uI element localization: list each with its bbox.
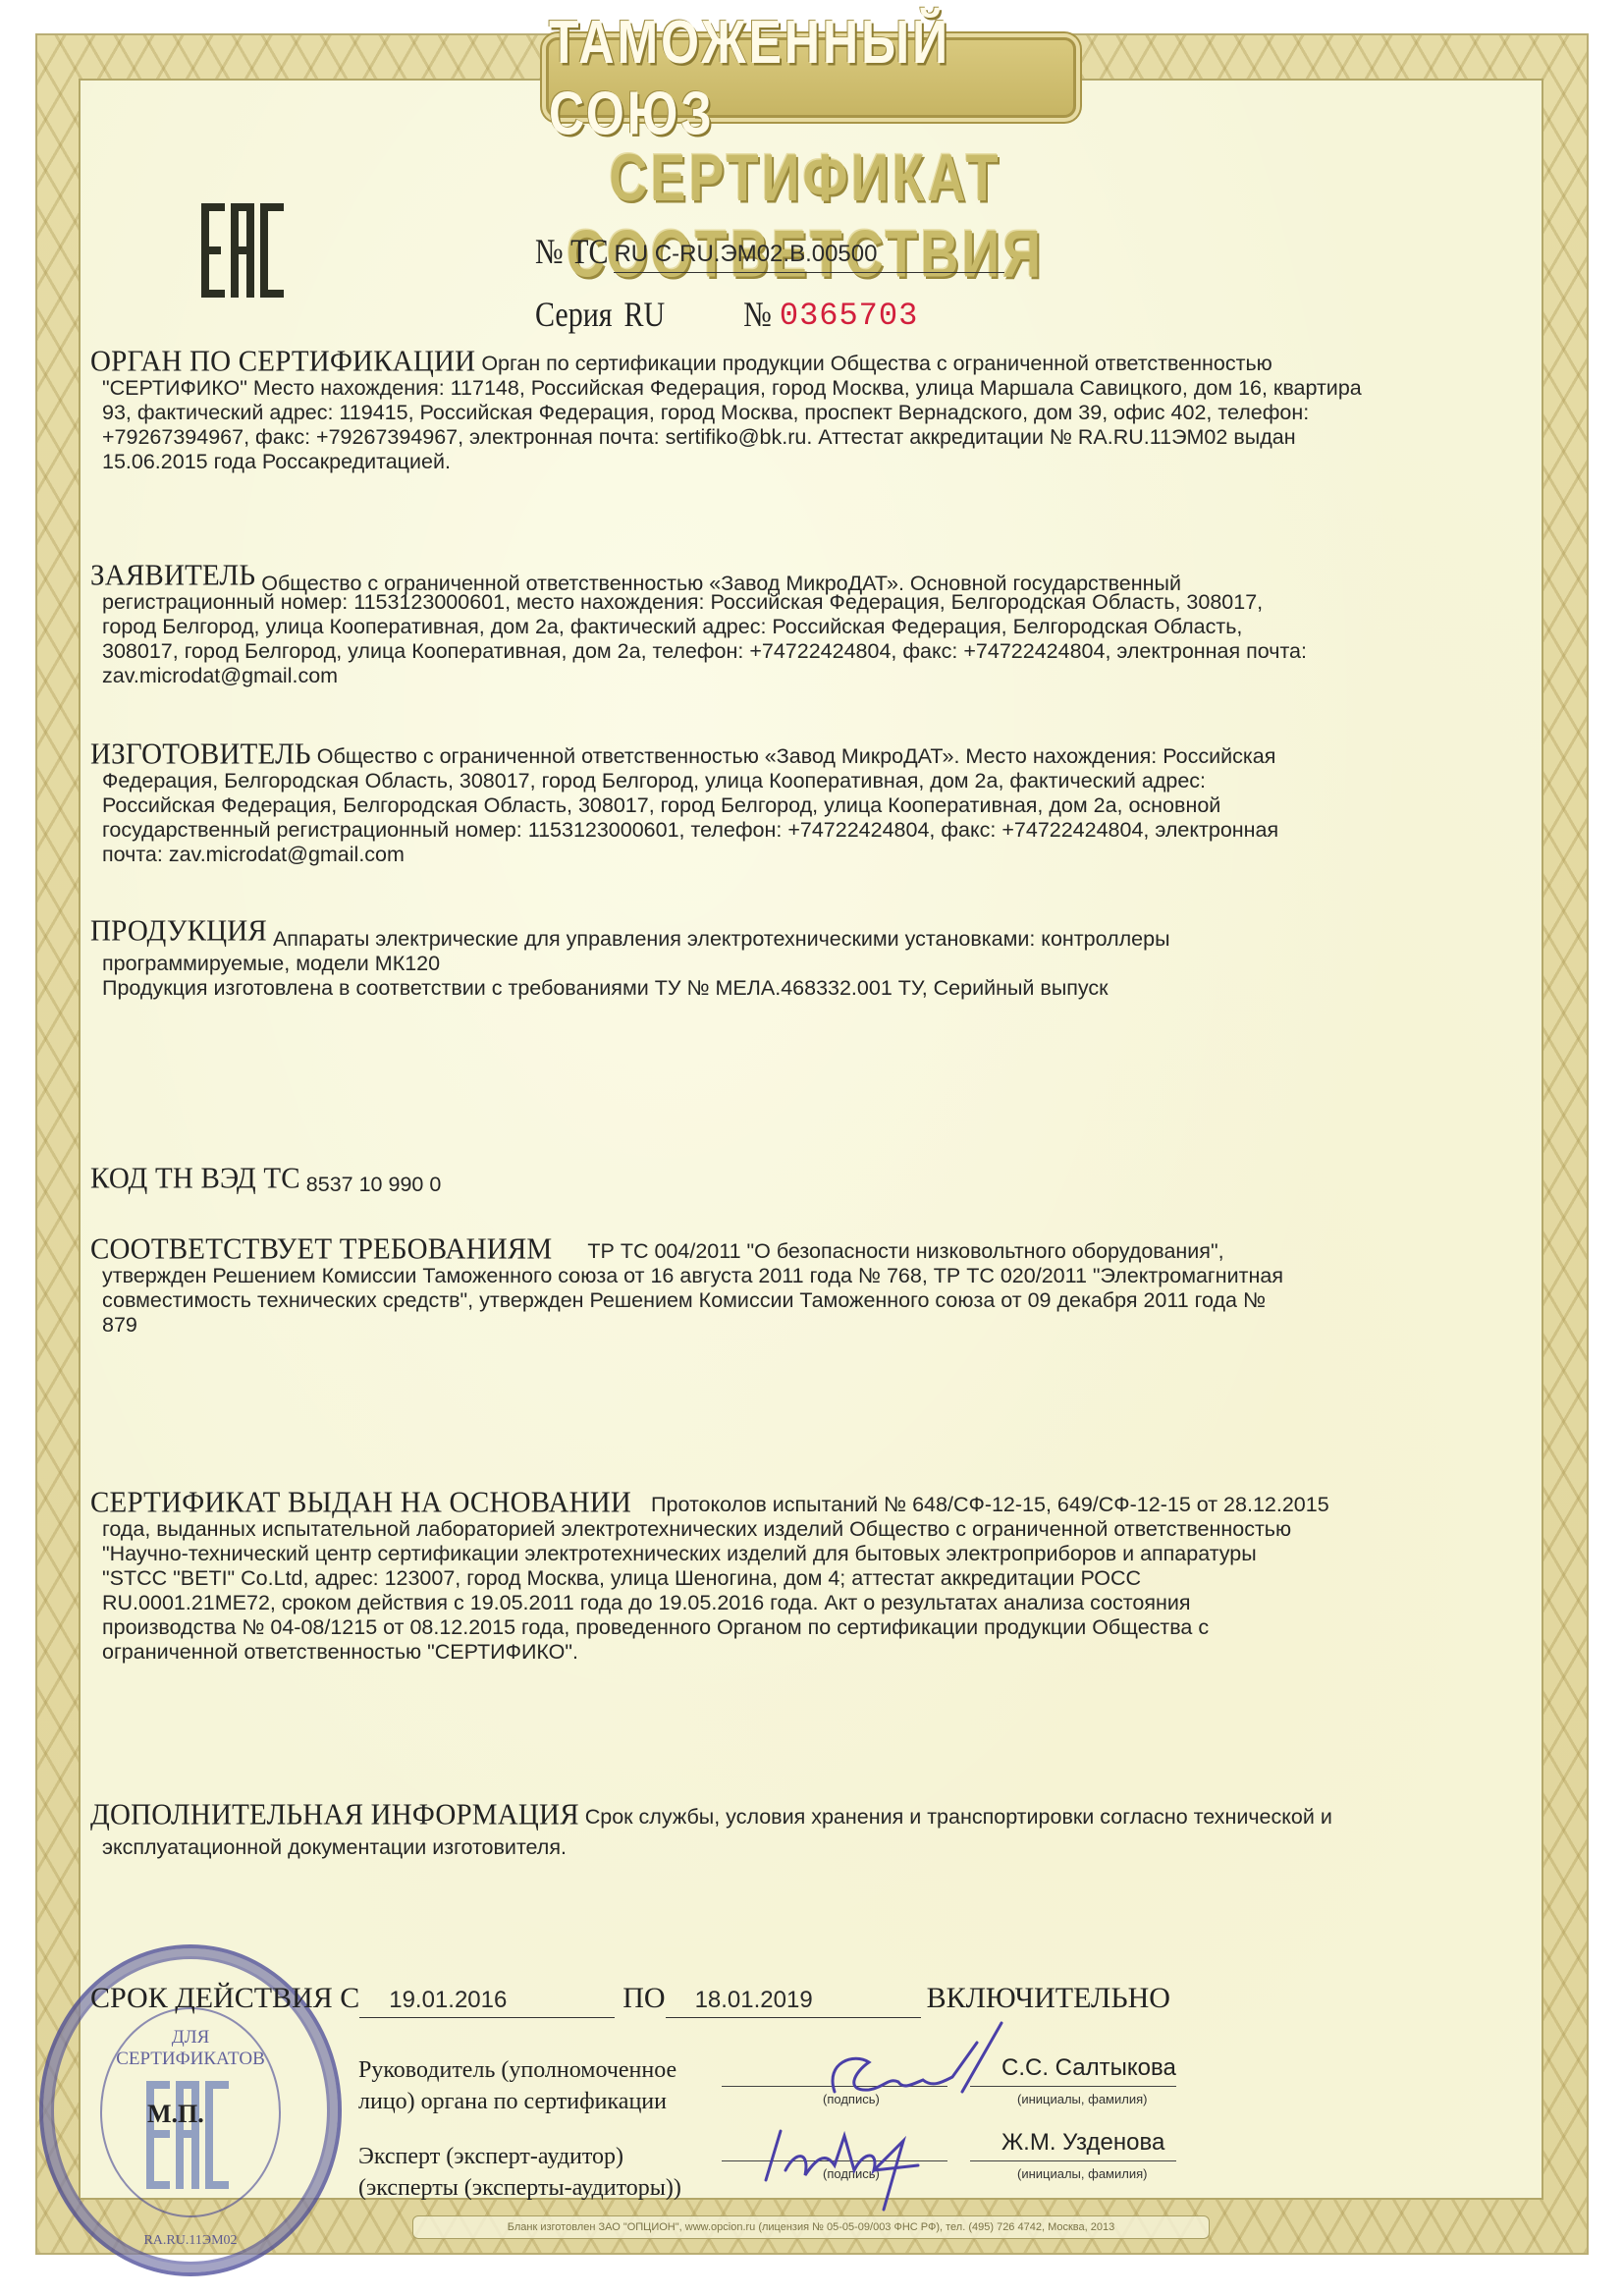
section-line: 15.06.2015 года Россакредитацией. — [90, 450, 1534, 474]
section-certification-body: ОРГАН ПО СЕРТИФИКАЦИИ Орган по сертифика… — [90, 350, 1534, 474]
section-line: zav.microdat@gmail.com — [90, 664, 1534, 688]
section-heading: ЗАЯВИТЕЛЬ — [90, 563, 255, 588]
section-line: 308017, город Белгород, улица Кооператив… — [90, 639, 1534, 664]
stamp-text: СЕРТИФИКАТОВ — [102, 2049, 279, 2070]
section-line: Общество с ограниченной ответственностью… — [317, 744, 1276, 768]
validity-to-date: 18.01.2019 — [666, 1987, 921, 2018]
eac-logo-icon — [201, 203, 296, 298]
section-line: Орган по сертификации продукции Общества… — [481, 352, 1271, 375]
section-line: +79267394967, факс: +79267394967, электр… — [90, 425, 1534, 450]
section-heading: ИЗГОТОВИТЕЛЬ — [90, 741, 311, 767]
section-line: "STCC "BETI" Co.Ltd, адрес: 123007, горо… — [90, 1566, 1534, 1591]
series-value: RU — [624, 296, 666, 336]
head-label-line: лицо) органа по сертификации — [358, 2086, 676, 2117]
section-heading: ПРОДУКЦИЯ — [90, 918, 267, 944]
section-line: Федерация, Белгородская Область, 308017,… — [90, 769, 1534, 793]
section-additional-info: ДОПОЛНИТЕЛЬНАЯ ИНФОРМАЦИЯ Срок службы, у… — [90, 1803, 1534, 1860]
section-heading: ОРГАН ПО СЕРТИФИКАЦИИ — [90, 349, 475, 374]
section-line: года, выданных испытательной лабораторие… — [90, 1517, 1534, 1542]
section-heading: ДОПОЛНИТЕЛЬНАЯ ИНФОРМАЦИЯ — [90, 1802, 579, 1828]
expert-name-line — [970, 2160, 1176, 2161]
section-heading: КОД ТН ВЭД ТС — [90, 1166, 300, 1191]
blank-print-note: Бланк изготовлен ЗАО "ОПЦИОН", www.opcio… — [412, 2215, 1210, 2239]
section-line: Срок службы, условия хранения и транспор… — [585, 1805, 1332, 1829]
section-line: Общество с ограниченной ответственностью… — [261, 572, 1181, 595]
expert-name: Ж.М. Узденова — [1001, 2129, 1164, 2157]
section-line: ограниченной ответственностью "СЕРТИФИКО… — [90, 1640, 1534, 1665]
stamp-place-label: М.П. — [147, 2100, 204, 2129]
series-label: Серия — [535, 296, 613, 336]
customs-union-plaque: ТАМОЖЕННЫЙ СОЮЗ — [546, 37, 1076, 118]
certificate-number-label: № ТС — [535, 233, 608, 273]
section-line: Продукция изготовлена в соответствии с т… — [90, 976, 1534, 1001]
expert-signatory-label: Эксперт (эксперт-аудитор) (эксперты (экс… — [358, 2141, 681, 2204]
validity-from-date: 19.01.2016 — [359, 1987, 615, 2018]
section-manufacturer: ИЗГОТОВИТЕЛЬ Общество с ограниченной отв… — [90, 742, 1534, 867]
section-hs-code: КОД ТН ВЭД ТС 8537 10 990 0 — [90, 1167, 1534, 1193]
validity-from-label: СРОК ДЕЙСТВИЯ С — [90, 1982, 359, 2015]
section-line: "Научно-технический центр сертификации э… — [90, 1542, 1534, 1566]
section-line: программируемые, модели МК120 — [90, 952, 1534, 976]
section-line: 879 — [90, 1313, 1534, 1338]
section-line: почта: zav.microdat@gmail.com — [90, 843, 1534, 867]
customs-union-title: ТАМОЖЕННЫЙ СОЮЗ — [549, 7, 1073, 149]
validity-to-label: ПО — [622, 1982, 665, 2015]
section-product: ПРОДУКЦИЯ Аппараты электрические для упр… — [90, 919, 1534, 1001]
section-line: город Белгород, улица Кооперативная, дом… — [90, 615, 1534, 639]
expert-label-line: (эксперты (эксперты-аудиторы)) — [358, 2172, 681, 2204]
stamp-text: ДЛЯ — [151, 2027, 230, 2049]
validity-inclusive-label: ВКЛЮЧИТЕЛЬНО — [927, 1982, 1170, 2015]
name-caption: (инициалы, фамилия) — [1017, 2166, 1147, 2181]
section-line: совместимость технических средств", утве… — [90, 1288, 1534, 1313]
validity-period: СРОК ДЕЙСТВИЯ С 19.01.2016 ПО 18.01.2019… — [90, 1982, 1170, 2018]
stamp-text: RA.RU.11ЭМ02 — [102, 2233, 279, 2249]
section-line: Аппараты электрические для управления эл… — [273, 927, 1170, 951]
hs-code-value: 8537 10 990 0 — [306, 1173, 442, 1196]
section-line: производства № 04-08/1215 от 08.12.2015 … — [90, 1615, 1534, 1640]
section-line: Протоколов испытаний № 648/СФ-12-15, 649… — [651, 1493, 1329, 1516]
head-label-line: Руководитель (уполномоченное — [358, 2054, 676, 2086]
section-applicant: ЗАЯВИТЕЛЬ Общество с ограниченной ответс… — [90, 564, 1534, 688]
serial-number-label: № — [743, 296, 772, 336]
expert-label-line: Эксперт (эксперт-аудитор) — [358, 2141, 681, 2172]
section-line: 93, фактический адрес: 119415, Российска… — [90, 401, 1534, 425]
expert-signature-icon — [756, 2111, 982, 2219]
series-row: Серия RU № 0365703 — [535, 298, 918, 334]
section-line: RU.0001.21МЕ72, сроком действия с 19.05.… — [90, 1591, 1534, 1615]
section-basis: СЕРТИФИКАТ ВЫДАН НА ОСНОВАНИИ Протоколов… — [90, 1491, 1534, 1665]
section-line: эксплуатационной документации изготовите… — [90, 1835, 1534, 1860]
section-line: утвержден Решением Комиссии Таможенного … — [90, 1264, 1534, 1288]
head-signatory-label: Руководитель (уполномоченное лицо) орган… — [358, 2054, 676, 2117]
section-line: ТР ТС 004/2011 "О безопасности низковоль… — [587, 1239, 1223, 1263]
certificate-number: № ТС RU C-RU.ЭМ02.В.00500 — [535, 236, 1004, 273]
section-heading: СООТВЕТСТВУЕТ ТРЕБОВАНИЯМ — [90, 1236, 552, 1262]
section-line: государственный регистрационный номер: 1… — [90, 818, 1534, 843]
stamp-eac-icon — [146, 2081, 235, 2189]
section-line: "СЕРТИФИКО" Место нахождения: 117148, Ро… — [90, 376, 1534, 401]
section-requirements: СООТВЕТСТВУЕТ ТРЕБОВАНИЯМ ТР ТС 004/2011… — [90, 1237, 1534, 1338]
section-heading: СЕРТИФИКАТ ВЫДАН НА ОСНОВАНИИ — [90, 1490, 631, 1515]
serial-number-value: 0365703 — [780, 298, 918, 334]
certificate-number-value: RU C-RU.ЭМ02.В.00500 — [614, 241, 1004, 273]
section-line: Российская Федерация, Белгородская Облас… — [90, 793, 1534, 818]
